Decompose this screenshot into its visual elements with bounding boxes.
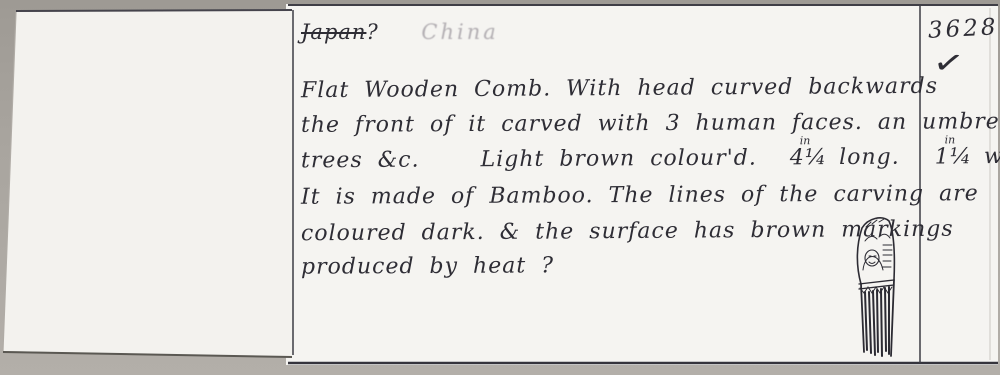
length-label: long. [839,145,900,170]
line3-colour: Light brown colour'd. [481,146,757,173]
width-dimension: in1¼wide. [935,144,1000,170]
width-value: 1¼ [935,144,972,169]
scanned-catalog-card: Japan? China Flat Wooden Comb. With head… [0,0,1000,375]
line3-start: trees &c. [301,148,420,174]
length-unit: in [800,134,811,147]
width-unit: in [945,133,956,146]
origin-query-mark: ? [366,20,378,44]
description-line-6: produced by heat ? [301,253,554,279]
origin-pencil-text: China [421,20,498,44]
description-line-1: Flat Wooden Comb. With head curved backw… [301,74,938,103]
origin-line: Japan? China [301,20,499,44]
description-line-2: the front of it carved with 3 human face… [301,109,1000,138]
checkmark: ✓ [930,43,966,84]
catalog-number: 3628 [927,14,999,44]
width-label: wide. [984,144,1000,169]
origin-struck-text: Japan [301,20,366,44]
length-dimension: in4¼long. [790,145,900,171]
description-line-3: trees &c. Light brown colour'd. in4¼long… [301,144,1000,174]
length-value: 4¼ [790,145,827,170]
comb-sketch [845,212,907,360]
description-line-4: It is made of Bamboo. The lines of the c… [301,181,979,210]
